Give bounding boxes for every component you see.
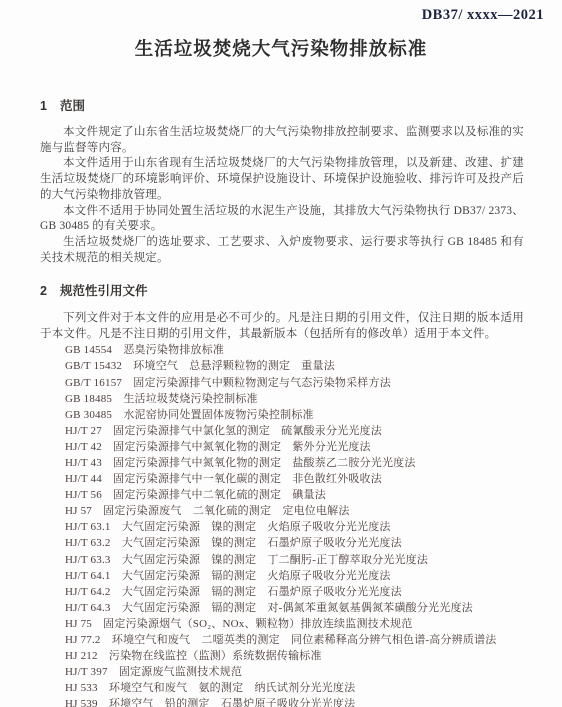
reference-item: HJ 75 固定污染源烟气（SO₂、NOx、颗粒物）排放连续监测技术规范	[40, 616, 524, 632]
section-1-heading: 1范围	[40, 96, 524, 114]
document-body: 1范围 本文件规定了山东省生活垃圾焚烧厂的大气污染物排放控制要求、监测要求以及标…	[0, 96, 562, 707]
reference-item: HJ/T 42 固定污染源排气中氮氧化物的测定 紫外分光光度法	[40, 439, 524, 455]
references-intro-paragraph: 下列文件对于本文件的应用是必不可少的。凡是注日期的引用文件，仅注日期的版本适用于…	[40, 310, 524, 342]
reference-item: HJ/T 27 固定污染源排气中氯化氢的测定 硫氰酸汞分光光度法	[40, 423, 524, 439]
reference-item: HJ/T 43 固定污染源排气中氮氧化物的测定 盐酸萘乙二胺分光光度法	[40, 455, 524, 471]
reference-list: GB 14554 恶臭污染物排放标准 GB/T 15432 环境空气 总悬浮颗粒…	[40, 342, 524, 707]
section-2-heading: 2规范性引用文件	[40, 281, 524, 299]
page-header: DB37/ xxxx—2021	[0, 0, 562, 24]
reference-item: HJ 539 环境空气 铅的测定 石墨炉原子吸收分光光度法	[40, 696, 524, 707]
reference-item: HJ/T 397 固定源废气监测技术规范	[40, 664, 524, 680]
reference-item: HJ/T 63.2 大气固定污染源 镍的测定 石墨炉原子吸收分光光度法	[40, 535, 524, 551]
reference-item: HJ/T 64.2 大气固定污染源 镉的测定 石墨炉原子吸收分光光度法	[40, 584, 524, 600]
paragraph-scope-2: 本文件适用于山东省现有生活垃圾焚烧厂的大气污染物排放管理，以及新建、改建、扩建生…	[40, 156, 524, 203]
reference-item: GB 18485 生活垃圾焚烧污染控制标准	[40, 391, 524, 407]
paragraph-scope-1: 本文件规定了山东省生活垃圾焚烧厂的大气污染物排放控制要求、监测要求以及标准的实施…	[40, 125, 524, 156]
reference-item: GB/T 15432 环境空气 总悬浮颗粒物的测定 重量法	[40, 358, 524, 374]
reference-item: GB/T 16157 固定污染源排气中颗粒物测定与气态污染物采样方法	[40, 375, 524, 391]
document-title: 生活垃圾焚烧大气污染物排放标准	[0, 35, 562, 61]
reference-item: GB 14554 恶臭污染物排放标准	[40, 342, 524, 358]
section-1-label: 范围	[60, 99, 85, 113]
paragraph-scope-3: 本文件不适用于协同处置生活垃圾的水泥生产设施，其排放大气污染物执行 DB37/ …	[40, 204, 524, 235]
paragraph-scope-4: 生活垃圾焚烧厂的选址要求、工艺要求、入炉废物要求、运行要求等执行 GB 1848…	[40, 235, 524, 266]
reference-item: HJ 533 环境空气和废气 氨的测定 纳氏试剂分光光度法	[40, 680, 524, 696]
reference-item: HJ/T 63.3 大气固定污染源 镍的测定 丁二酮肟-正丁醇萃取分光光度法	[40, 552, 524, 568]
reference-item: HJ/T 44 固定污染源排气中一氧化碳的测定 非色散红外吸收法	[40, 471, 524, 487]
reference-item: GB 30485 水泥窑协同处置固体废物污染控制标准	[40, 407, 524, 423]
reference-item: HJ/T 63.1 大气固定污染源 镍的测定 火焰原子吸收分光光度法	[40, 519, 524, 535]
reference-item: HJ/T 56 固定污染源排气中二氧化硫的测定 碘量法	[40, 487, 524, 503]
reference-item: HJ 77.2 环境空气和废气 二噁英类的测定 同位素稀释高分辨气相色谱-高分辨…	[40, 632, 524, 648]
section-1-number: 1	[40, 99, 47, 113]
section-2-label: 规范性引用文件	[60, 284, 148, 298]
section-2-number: 2	[40, 284, 47, 298]
reference-item: HJ/T 64.3 大气固定污染源 镉的测定 对-偶氮苯重氮氨基偶氮苯磺酸分光光…	[40, 600, 524, 616]
reference-item: HJ 57 固定污染源废气 二氧化硫的测定 定电位电解法	[40, 503, 524, 519]
document-page: DB37/ xxxx—2021 生活垃圾焚烧大气污染物排放标准 1范围 本文件规…	[0, 0, 562, 707]
reference-item: HJ/T 64.1 大气固定污染源 镉的测定 火焰原子吸收分光光度法	[40, 568, 524, 584]
reference-item: HJ 212 污染物在线监控（监测）系统数据传输标准	[40, 648, 524, 664]
standard-number: DB37/ xxxx—2021	[422, 7, 544, 24]
